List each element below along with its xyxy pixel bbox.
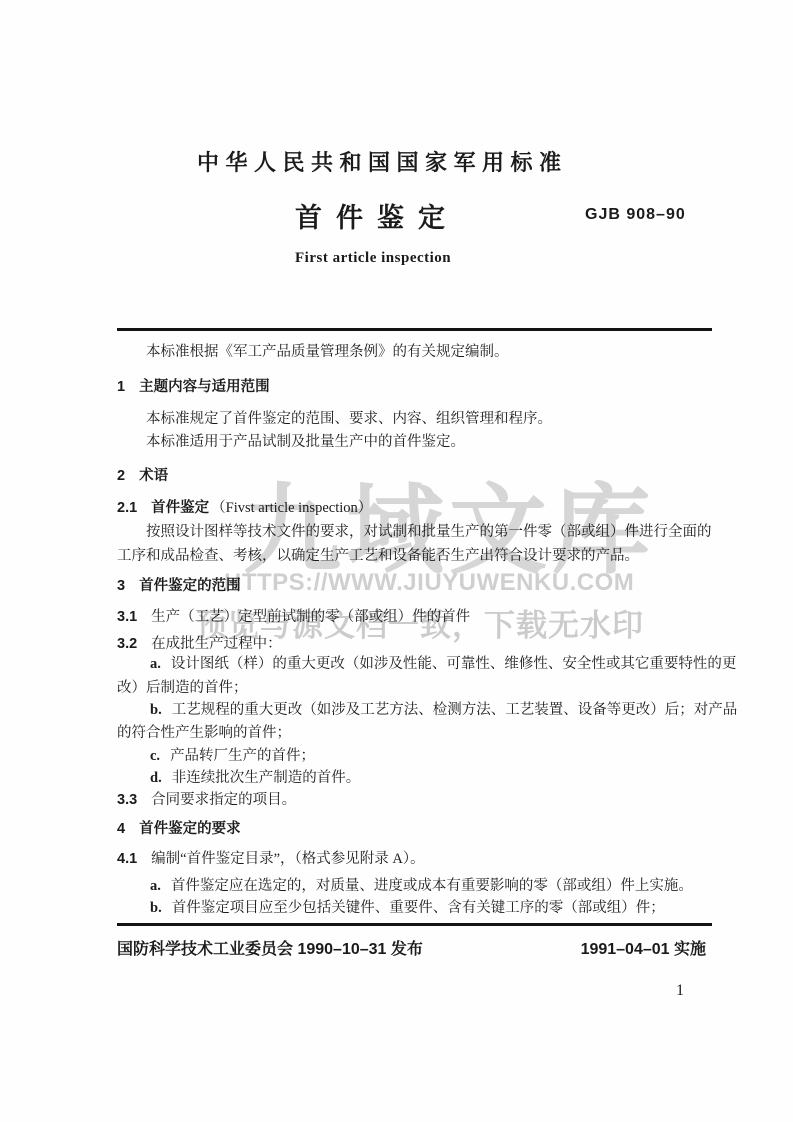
section-number: 2 xyxy=(117,468,125,484)
section-title: 首件鉴定的要求 xyxy=(139,821,241,837)
clause-2-1: 2.1首件鉴定（Fivst article inspection） xyxy=(117,498,757,518)
paragraph: 按照设计图样等技术文件的要求，对试制和批量生产的第一件零（部或组）件进行全面的 xyxy=(117,522,757,542)
footer-rule xyxy=(117,923,712,926)
section-title: 首件鉴定的范围 xyxy=(139,578,241,594)
section-title: 主题内容与适用范围 xyxy=(139,379,270,395)
clause-text: （Fivst article inspection） xyxy=(211,500,372,516)
clause-3-3: 3.3合同要求指定的项目。 xyxy=(117,790,757,810)
section-number: 3 xyxy=(117,578,125,594)
paragraph: 工序和成品检查、考核，以确定生产工艺和设备能否生产出符合设计要求的产品。 xyxy=(117,546,757,566)
page-title: 首件鉴定 xyxy=(295,196,459,235)
issuing-authority-line: 国防科学技术工业委员会 1990–10–31 发布 xyxy=(117,936,423,959)
clause-number: 3.1 xyxy=(117,609,137,625)
clause-text: 在成批生产过程中： xyxy=(151,636,282,652)
section-4-heading: 4首件鉴定的要求 xyxy=(117,819,757,839)
list-item-a: a.首件鉴定应在选定的，对质量、进度或成本有重要影响的零（部或组）件上实施。 xyxy=(117,876,757,896)
clause-number: 2.1 xyxy=(117,500,137,516)
item-letter: b. xyxy=(150,702,162,718)
clause-4-1: 4.1编制“首件鉴定目录”，（格式参见附录 A）。 xyxy=(117,849,757,869)
item-text: 工艺规程的重大更改（如涉及工艺方法、检测方法、工艺装置、设备等更改）后；对产品 xyxy=(172,702,738,718)
item-letter: d. xyxy=(150,770,162,786)
section-3-heading: 3首件鉴定的范围 xyxy=(117,576,757,596)
english-subtitle: First article inspection xyxy=(295,250,451,267)
clause-term: 首件鉴定 xyxy=(151,500,209,516)
paragraph: 改）后制造的首件； xyxy=(117,678,757,698)
item-letter: a. xyxy=(150,656,161,672)
implementation-date: 1991–04–01 实施 xyxy=(581,936,706,959)
clause-text: 合同要求指定的项目。 xyxy=(151,792,296,808)
document-page: 九域文库 HTTPS://WWW.JIUYUWENKU.COM 预览与源文档一致… xyxy=(0,0,793,1122)
item-text: 非连续批次生产制造的首件。 xyxy=(172,770,361,786)
item-letter: a. xyxy=(150,878,161,894)
section-number: 1 xyxy=(117,379,125,395)
paragraph: 本标准适用于产品试制及批量生产中的首件鉴定。 xyxy=(117,432,757,452)
standard-code: GJB 908–90 xyxy=(585,206,686,224)
list-item-b: b.工艺规程的重大更改（如涉及工艺方法、检测方法、工艺装置、设备等更改）后；对产… xyxy=(117,700,757,720)
item-text: 首件鉴定应在选定的，对质量、进度或成本有重要影响的零（部或组）件上实施。 xyxy=(171,878,693,894)
paragraph: 本标准规定了首件鉴定的范围、要求、内容、组织管理和程序。 xyxy=(117,409,757,429)
item-text: 首件鉴定项目应至少包括关键件、重要件、含有关键工序的零（部或组）件； xyxy=(172,900,665,916)
list-item-c: c.产品转厂生产的首件； xyxy=(117,746,757,766)
page-number: 1 xyxy=(676,982,684,1000)
list-item-b: b.首件鉴定项目应至少包括关键件、重要件、含有关键工序的零（部或组）件； xyxy=(117,898,757,918)
intro-paragraph: 本标准根据《军工产品质量管理条例》的有关规定编制。 xyxy=(117,342,757,362)
clause-3-1: 3.1生产（工艺）定型前试制的零（部或组）件的首件 xyxy=(117,607,757,627)
item-text: 产品转厂生产的首件； xyxy=(170,748,315,764)
national-standard-heading: 中华人民共和国国家军用标准 xyxy=(197,146,568,177)
section-1-heading: 1主题内容与适用范围 xyxy=(117,377,757,397)
clause-number: 3.2 xyxy=(117,636,137,652)
clause-text: 编制“首件鉴定目录”，（格式参见附录 A）。 xyxy=(151,851,424,867)
section-number: 4 xyxy=(117,821,125,837)
list-item-d: d.非连续批次生产制造的首件。 xyxy=(117,768,757,788)
section-2-heading: 2术语 xyxy=(117,466,757,486)
clause-3-2: 3.2在成批生产过程中： xyxy=(117,634,757,654)
item-letter: c. xyxy=(150,748,160,764)
header-rule xyxy=(117,328,712,331)
item-text: 设计图纸（样）的重大更改（如涉及性能、可靠性、维修性、安全性或其它重要特性的更 xyxy=(171,656,737,672)
item-letter: b. xyxy=(150,900,162,916)
section-title: 术语 xyxy=(139,468,168,484)
list-item-a: a.设计图纸（样）的重大更改（如涉及性能、可靠性、维修性、安全性或其它重要特性的… xyxy=(117,654,757,674)
paragraph: 的符合性产生影响的首件； xyxy=(117,723,757,743)
clause-text: 生产（工艺）定型前试制的零（部或组）件的首件 xyxy=(151,609,470,625)
clause-number: 3.3 xyxy=(117,792,137,808)
clause-number: 4.1 xyxy=(117,851,137,867)
